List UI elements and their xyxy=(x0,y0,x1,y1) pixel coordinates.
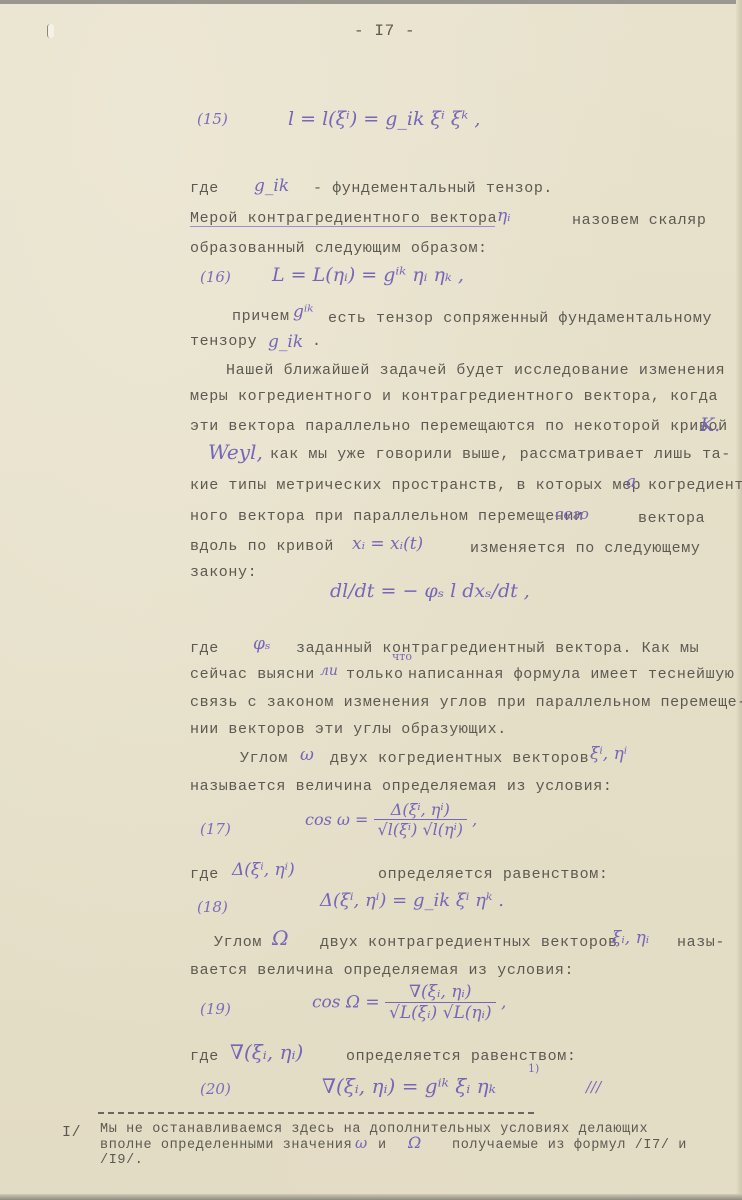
symbol-Omega: Ω xyxy=(408,1133,421,1152)
text-line: где xyxy=(190,1048,219,1065)
text-line: Углом xyxy=(214,934,262,951)
equation-lhs: cos ω = xyxy=(305,810,368,829)
equation-number-20: (20) xyxy=(200,1080,231,1098)
symbol: ∇(ξᵢ, ηᵢ) xyxy=(230,1040,303,1064)
text-line: - фундементальный тензор. xyxy=(313,180,553,197)
symbol: K. xyxy=(700,414,720,436)
symbol-weyl: Weyl, xyxy=(208,440,263,464)
text-line: есть тензор сопряженный фундаментальному xyxy=(328,310,712,327)
text-line: закону: xyxy=(190,564,257,581)
text-line: определяется равенством: xyxy=(346,1048,576,1065)
symbol: gⁱᵏ xyxy=(293,302,314,322)
handwritten-underline xyxy=(190,226,495,227)
scan-right-edge xyxy=(736,0,742,1200)
symbol: сего xyxy=(555,505,589,523)
denominator: √L(ξᵢ) √L(ηᵢ) xyxy=(385,1003,496,1023)
symbol: xᵢ = xᵢ(t) xyxy=(352,534,423,554)
text-line: сейчас выясни xyxy=(190,666,315,683)
text-line: Углом xyxy=(240,750,288,767)
symbol-Omega: Ω xyxy=(272,926,289,950)
symbol: ξᵢ, ηᵢ xyxy=(612,928,649,948)
equation-lhs: cos Ω = xyxy=(312,993,380,1013)
equation-number-19: (19) xyxy=(200,1000,231,1018)
text-line: назовем скаляр xyxy=(572,212,706,229)
footnote-marker: I/ xyxy=(62,1124,81,1141)
numerator: Δ(ξⁱ, ηⁱ) xyxy=(374,800,468,820)
text-line: тензору xyxy=(190,333,257,350)
text-line: где xyxy=(190,180,219,197)
text-line: связь с законом изменения углов при пара… xyxy=(190,694,742,711)
symbol: ξⁱ, ηⁱ xyxy=(590,744,627,764)
equation-17: cos ω = Δ(ξⁱ, ηⁱ) √l(ξⁱ) √l(ηⁱ) , xyxy=(305,800,477,839)
footnote-separator xyxy=(98,1112,534,1114)
document-page: - I7 - (15) l = l(ξⁱ) = g_ik ξⁱ ξᵏ , где… xyxy=(0,0,742,1200)
text-line: двух контрагредиентных векторов xyxy=(320,934,618,951)
text-line: вектора xyxy=(638,510,705,527)
text-line: вается величина определяемая из условия: xyxy=(190,962,574,979)
equation-tail: , xyxy=(501,993,506,1013)
text-line: Мерой контрагредиентного вектора xyxy=(190,210,497,227)
text-line: как мы уже говорили выше, рассматривает … xyxy=(270,446,731,463)
equation-15: l = l(ξⁱ) = g_ik ξⁱ ξᵏ , xyxy=(288,108,480,130)
handwritten-mark: /// xyxy=(586,1078,601,1096)
equation-number-16: (16) xyxy=(200,268,231,286)
text-line: где xyxy=(190,640,219,657)
equation-18: Δ(ξⁱ, ηⁱ) = g_ik ξⁱ ηᵏ . xyxy=(320,890,504,911)
text-line: изменяется по следующему xyxy=(470,540,700,557)
scan-bottom-edge xyxy=(0,1194,742,1200)
footnote-line: и xyxy=(378,1138,387,1153)
equation-number-15: (15) xyxy=(197,110,228,128)
equation-number-18: (18) xyxy=(197,898,228,916)
text-line: эти вектора параллельно перемещаются по … xyxy=(190,418,728,435)
text-line: меры когредиентного и контрагредиентного… xyxy=(190,388,718,405)
footnote-reference: 1) xyxy=(528,1062,539,1075)
text-line: когредиент xyxy=(648,477,742,494)
text-line: . xyxy=(312,333,322,350)
text-line: вдоль по кривой xyxy=(190,538,334,555)
text-line: нии векторов эти углы образующих. xyxy=(190,721,507,738)
text-line: где xyxy=(190,866,219,883)
footnote-line: /I9/. xyxy=(100,1153,144,1168)
fraction: ∇(ξᵢ, ηᵢ) √L(ξᵢ) √L(ηᵢ) xyxy=(385,982,496,1023)
symbol: φₛ xyxy=(253,634,271,654)
handwritten-correction: a xyxy=(626,472,636,492)
equation-tail: , xyxy=(472,810,477,829)
symbol: g_ik xyxy=(254,176,289,196)
text-line: только xyxy=(346,666,404,683)
footnote-line: получаемые из формул /I7/ и xyxy=(452,1138,687,1153)
equation-number-17: (17) xyxy=(200,820,231,838)
text-line: определяется равенством: xyxy=(378,866,608,883)
equation-20: ∇(ξᵢ, ηᵢ) = gⁱᵏ ξᵢ ηₖ xyxy=(322,1074,496,1098)
denominator: √l(ξⁱ) √l(ηⁱ) xyxy=(374,820,468,839)
text-line: называется величина определяемая из усло… xyxy=(190,778,612,795)
fraction: Δ(ξⁱ, ηⁱ) √l(ξⁱ) √l(ηⁱ) xyxy=(374,800,468,839)
text-line: написанная формула имеет теснейшую xyxy=(408,666,734,683)
handwritten-insertion: что xyxy=(392,650,412,663)
symbol-omega: ω xyxy=(355,1134,367,1152)
equation-weyl-law: dl/dt = − φₛ l dxₛ/dt , xyxy=(330,580,530,602)
text-line: Нашей ближайшей задачей будет исследован… xyxy=(226,362,725,379)
text-line: кие типы метрических пространств, в кото… xyxy=(190,477,641,494)
equation-16: L = L(ηᵢ) = gⁱᵏ ηᵢ ηₖ , xyxy=(272,264,464,286)
symbol: g_ik xyxy=(268,332,303,352)
equation-19: cos Ω = ∇(ξᵢ, ηᵢ) √L(ξᵢ) √L(ηᵢ) , xyxy=(312,982,506,1023)
symbol: ηᵢ xyxy=(497,206,511,226)
text-line: причем xyxy=(232,308,290,325)
handwritten-correction: ли xyxy=(320,663,338,679)
text-line: назы- xyxy=(677,934,725,951)
numerator: ∇(ξᵢ, ηᵢ) xyxy=(385,982,496,1003)
footnote-line: Мы не останавливаемся здесь на дополните… xyxy=(100,1122,648,1137)
symbol-omega: ω xyxy=(300,745,314,765)
symbol: Δ(ξⁱ, ηⁱ) xyxy=(232,860,295,880)
punch-hole-mark xyxy=(47,24,54,38)
text-line: образованный следующим образом: xyxy=(190,240,488,257)
footnote-line: вполне определенными значения xyxy=(100,1138,352,1153)
scan-top-edge xyxy=(0,0,742,4)
text-line: ного вектора при параллельном перемещени… xyxy=(190,508,584,525)
page-number: - I7 - xyxy=(354,22,415,40)
text-line: двух когредиентных векторов xyxy=(330,750,589,767)
text-line: заданный контрагредиентный вектора. Как … xyxy=(296,640,699,657)
